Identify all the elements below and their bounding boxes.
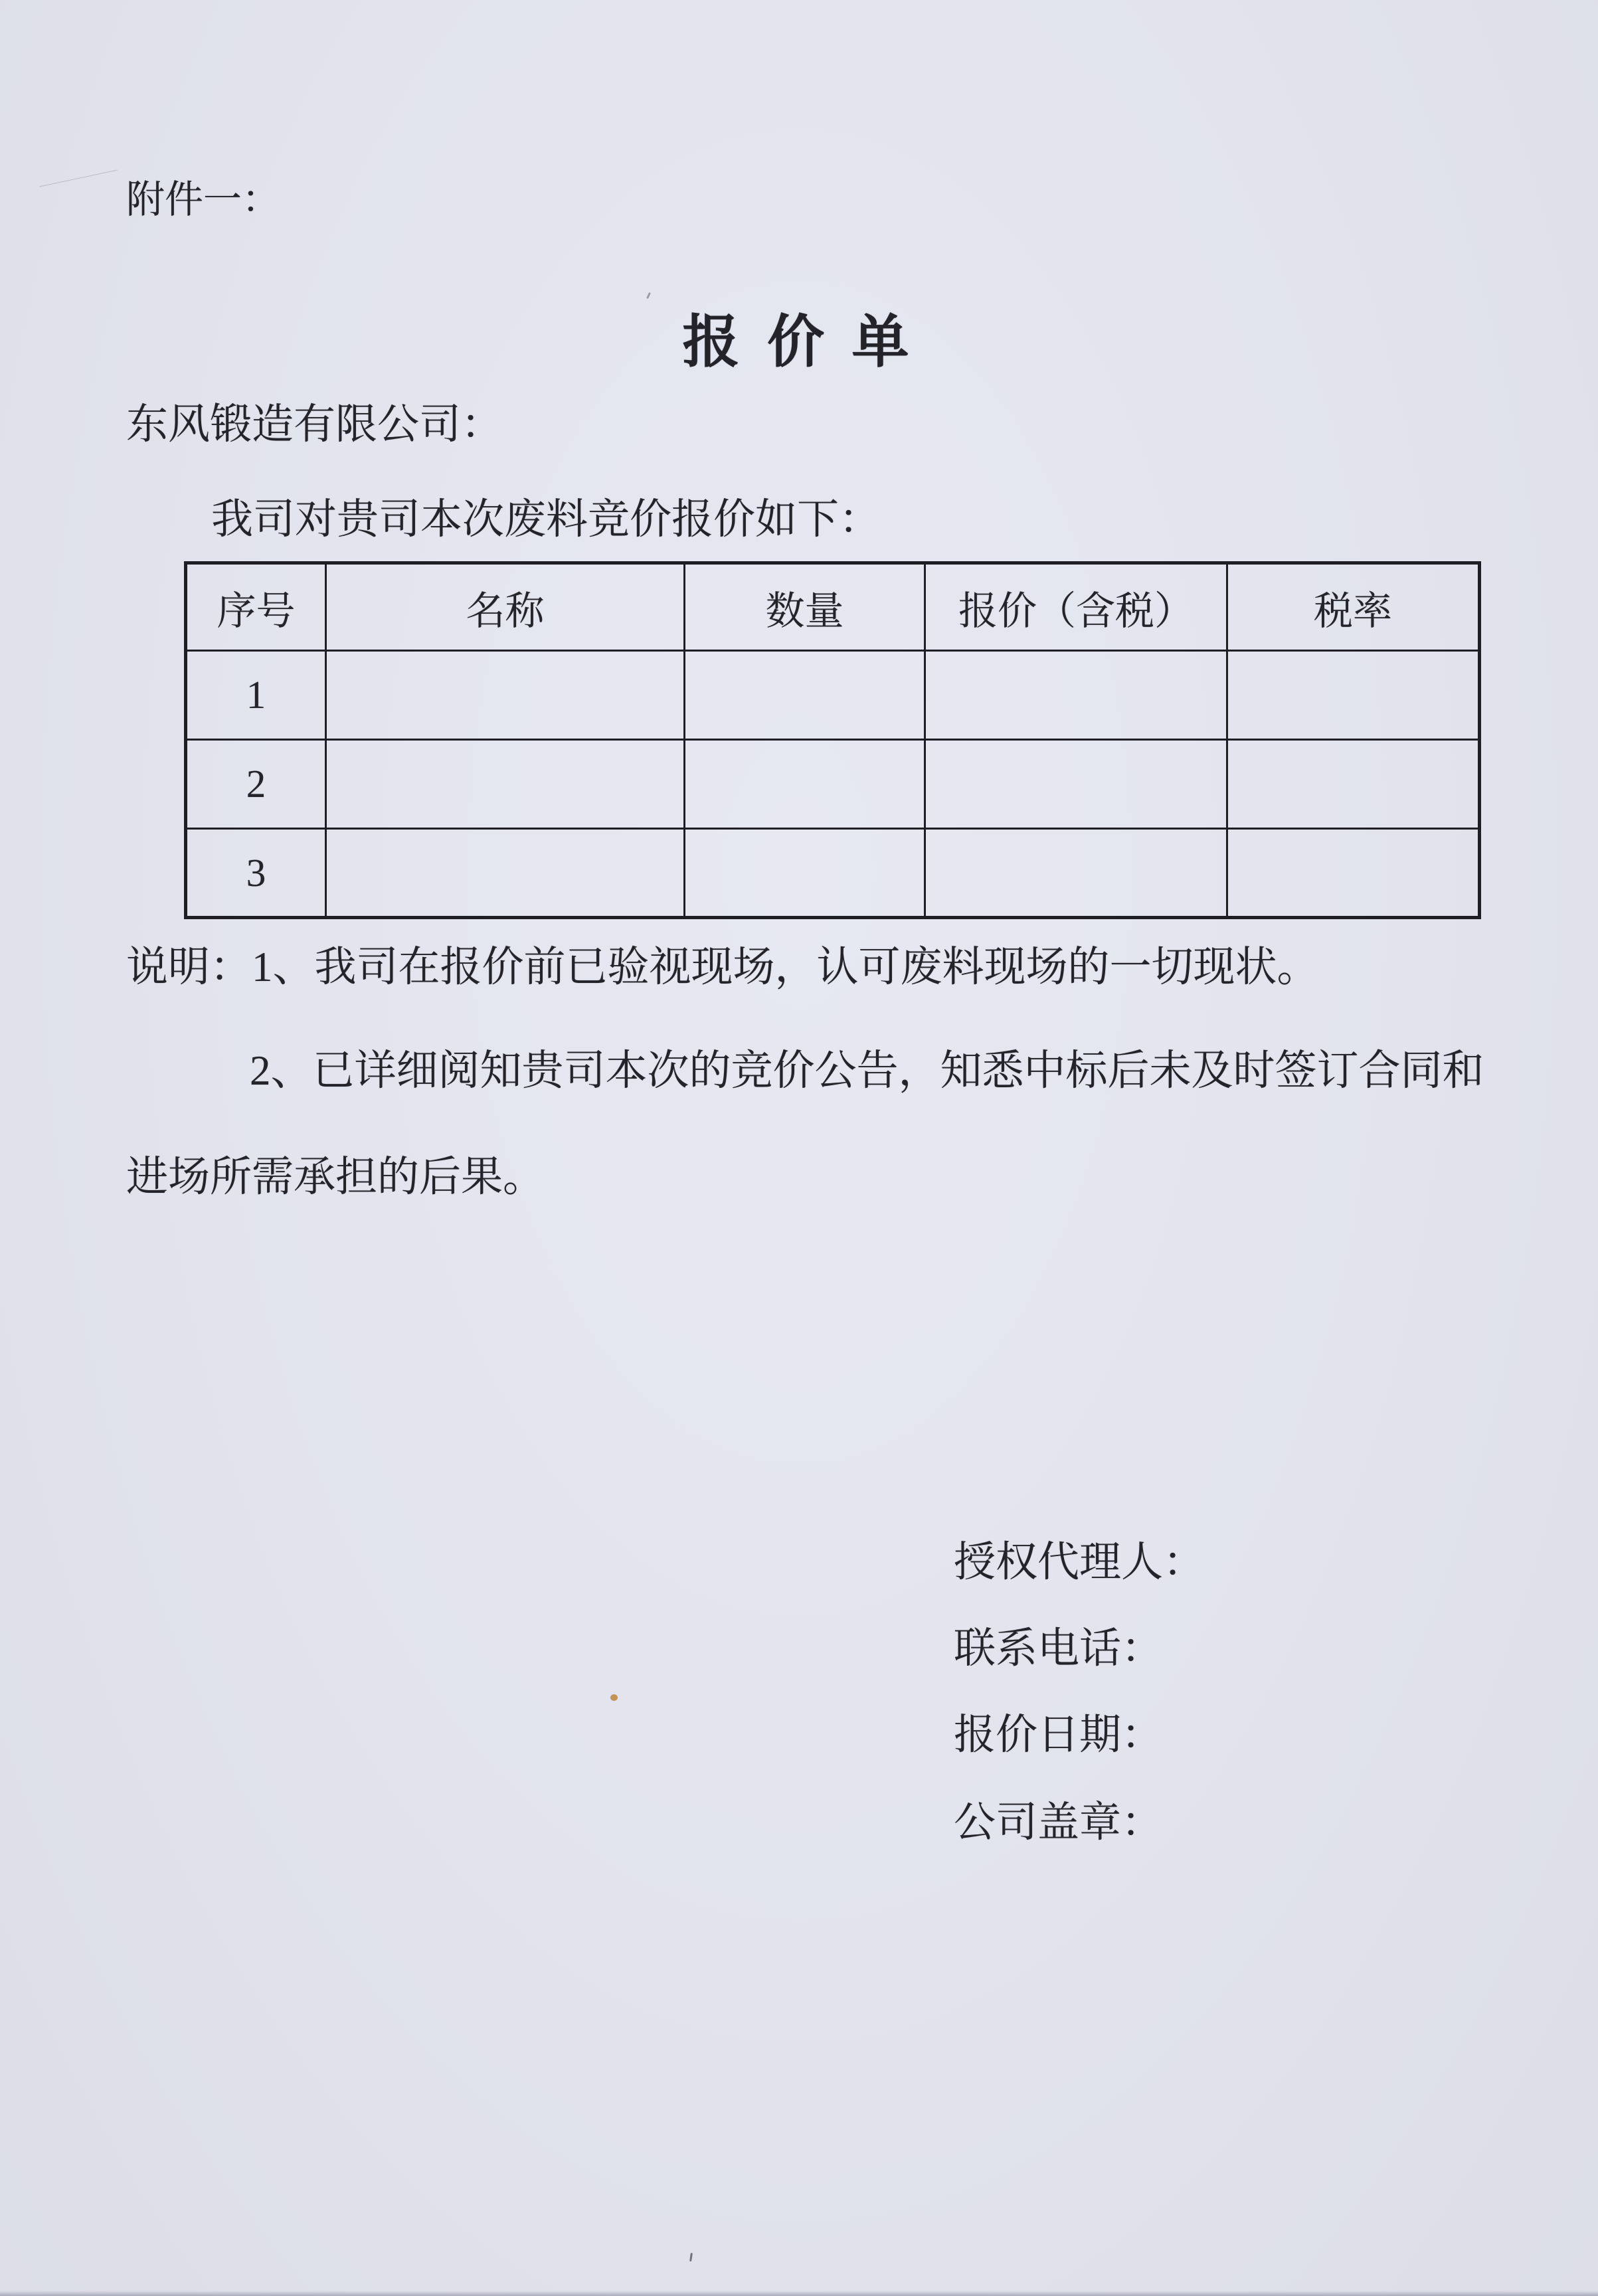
cell-name (326, 829, 685, 918)
scan-stain-dot (610, 1694, 618, 1701)
signature-contact-phone: 联系电话： (954, 1625, 1163, 1672)
cell-taxrate (1227, 829, 1480, 918)
scan-scratch-line (39, 170, 118, 187)
row-serial: 3 (186, 829, 326, 918)
row-serial: 1 (186, 651, 326, 740)
cell-quantity (685, 740, 925, 829)
table-row: 2 (186, 740, 1480, 829)
cell-name (326, 651, 685, 740)
table-row: 3 (186, 829, 1480, 918)
note-line-2: 2、已详细阅知贵司本次的竞价公告，知悉中标后未及时签订合同和 (250, 1047, 1484, 1095)
cell-price (925, 651, 1227, 740)
cell-price (925, 740, 1227, 829)
col-header-taxrate: 税率 (1227, 563, 1480, 651)
cell-name (326, 740, 685, 829)
cell-taxrate (1227, 651, 1480, 740)
table-row: 1 (186, 651, 1480, 740)
scan-small-mark (646, 292, 651, 299)
cell-taxrate (1227, 740, 1480, 829)
signature-authorized-agent: 授权代理人： (954, 1538, 1205, 1586)
intro-line: 我司对贵司本次废料竞价报价如下： (211, 495, 881, 543)
note-line-1: 说明：1、我司在报价前已验视现场，认可废料现场的一切现状。 (126, 943, 1319, 991)
table-header-row: 序号 名称 数量 报价（含税） 税率 (186, 563, 1480, 651)
page-title: 报 价 单 (0, 309, 1598, 375)
cell-quantity (685, 829, 925, 918)
quotation-table: 序号 名称 数量 报价（含税） 税率 1 2 (184, 561, 1481, 919)
signature-quote-date: 报价日期： (954, 1711, 1163, 1759)
cell-quantity (685, 651, 925, 740)
cell-price (925, 829, 1227, 918)
recipient-company: 东风锻造有限公司： (126, 400, 503, 448)
col-header-name: 名称 (326, 563, 685, 651)
note-line-3: 进场所需承担的后果。 (126, 1153, 545, 1201)
col-header-quantity: 数量 (685, 563, 925, 651)
signature-company-seal: 公司盖章： (954, 1799, 1163, 1846)
col-header-price: 报价（含税） (925, 563, 1227, 651)
scan-speck (689, 2253, 693, 2261)
attachment-label: 附件一： (126, 178, 280, 222)
row-serial: 2 (186, 740, 326, 829)
scanned-quotation-page: 附件一： 报 价 单 东风锻造有限公司： 我司对贵司本次废料竞价报价如下： 序号… (0, 0, 1598, 2296)
col-header-serial: 序号 (186, 563, 326, 651)
scan-bottom-edge-shadow (0, 2291, 1598, 2296)
